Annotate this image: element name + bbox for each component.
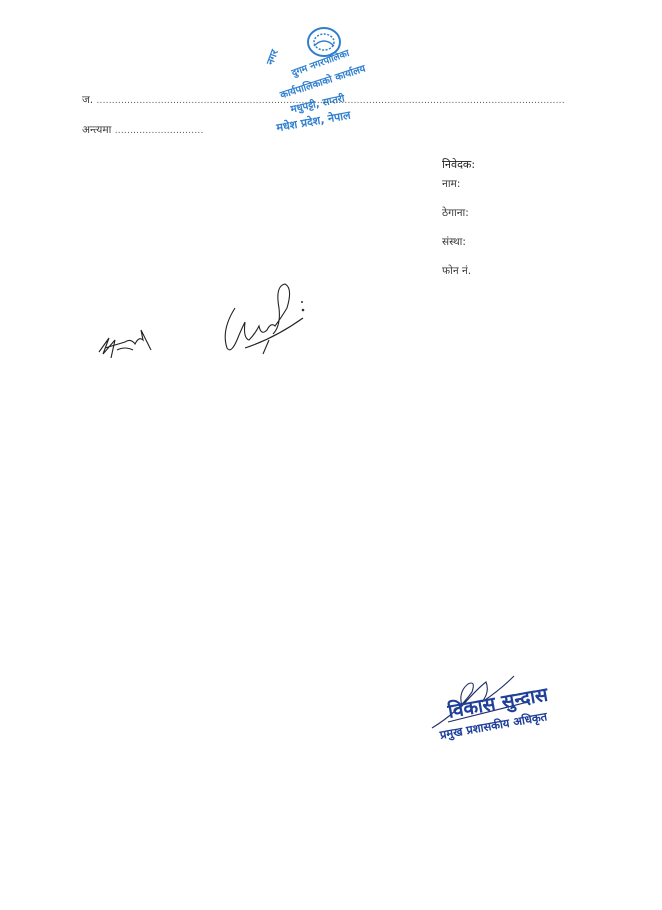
applicant-organization-label: संस्था:: [442, 235, 466, 249]
applicant-phone-label: फोन नं.: [442, 264, 471, 278]
applicant-heading: निवेदक:: [442, 157, 475, 172]
addressee-line: अन्त्यमा .............................: [82, 123, 204, 137]
applicant-address-label: ठेगाना:: [442, 206, 469, 220]
signature-1: [95, 320, 155, 370]
addressee-label: अन्त्यमा: [82, 124, 111, 136]
municipality-seal: नगर दुगम नगरपालिका कार्यपालिकाको कार्याल…: [262, 22, 382, 142]
reference-label: ज.: [82, 94, 93, 106]
signature-2: [215, 278, 310, 358]
addressee-dots: .............................: [115, 126, 204, 136]
applicant-name-label: नाम:: [442, 177, 460, 191]
reference-dots: ........................................…: [96, 96, 564, 106]
reference-line: ज. .....................................…: [82, 93, 565, 107]
